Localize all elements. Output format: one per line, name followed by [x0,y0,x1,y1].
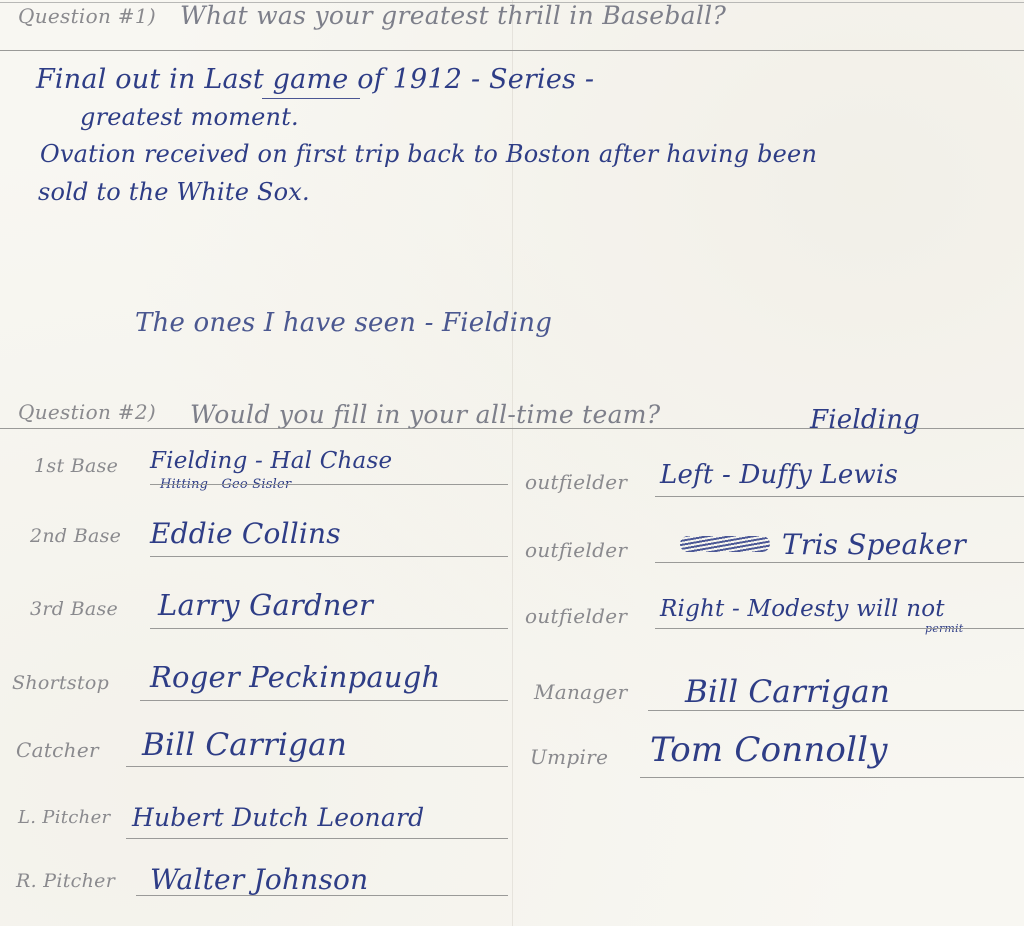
position-label: 3rd Base [30,598,118,620]
answer-rule [126,838,508,839]
position-label: outfielder [525,604,627,628]
answer-rule [655,562,1024,563]
question-1-label: Question #1) [18,4,156,28]
answer-rule [150,628,508,629]
position-answer: Tom Connolly [650,730,888,770]
position-answer: Hubert Dutch Leonard [132,803,424,832]
position-answer: Bill Carrigan [685,674,890,710]
answer-rule [655,628,1024,629]
position-label: Umpire [530,745,608,769]
question-1-prompt: What was your greatest thrill in Basebal… [180,1,726,30]
position-answer: Larry Gardner [158,588,373,622]
answer-rule [140,700,508,701]
position-answer: Right - Modesty will not [660,596,945,622]
position-answer: Walter Johnson [150,863,368,896]
answer-1-line-4: sold to the White Sox. [38,178,310,206]
answer-rule [640,777,1024,778]
question-2-margin-note: Fielding [810,405,920,435]
fielding-note: The ones I have seen - Fielding [135,308,552,338]
position-answer: Roger Peckinpaugh [150,660,440,694]
position-label: R. Pitcher [16,870,115,892]
answer-1-line-1: Final out in Last game of 1912 - Series … [36,64,594,95]
question-2-label: Question #2) [18,400,156,424]
position-answer: Left - Duffy Lewis [660,460,898,490]
position-answer: Bill Carrigan [142,727,347,763]
position-answer: Tris Speaker [782,528,966,561]
position-label: L. Pitcher [18,807,110,828]
answer-1-line-3: Ovation received on first trip back to B… [40,140,817,168]
position-label: Shortstop [12,672,109,694]
position-label: outfielder [525,470,627,494]
answer-rule [655,496,1024,497]
position-answer: Eddie Collins [150,517,341,550]
answer-rule [150,556,508,557]
answer-rule [648,710,1024,711]
answer-rule [126,766,508,767]
question-2-rule [0,428,1024,429]
answer-1-line-2: greatest moment. [80,103,299,131]
last-underline [262,98,360,99]
answer-rule [136,895,508,896]
position-label: Catcher [16,738,99,762]
question-1-rule [0,50,1024,51]
fold-crease [512,0,513,926]
scribbled-out-word [680,536,770,552]
position-label: Manager [534,680,628,704]
answer-rule [150,484,508,485]
position-label: 2nd Base [30,525,121,547]
position-label: outfielder [525,538,627,562]
question-2-prompt: Would you fill in your all-time team? [190,400,661,429]
position-label: 1st Base [34,455,118,477]
position-answer: Fielding - Hal Chase [150,448,392,474]
